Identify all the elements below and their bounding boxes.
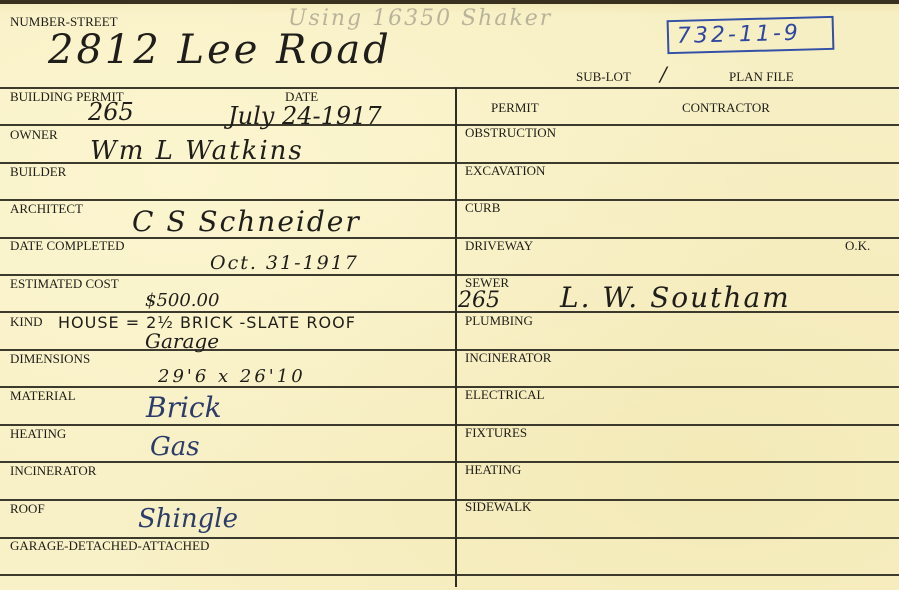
driveway-note: O.K.: [845, 239, 870, 253]
rule: [0, 386, 899, 388]
rule: [0, 124, 899, 126]
permit-column-header: PERMIT: [491, 101, 539, 115]
estimated-cost-value: $500.00: [145, 292, 219, 310]
excavation-label: EXCAVATION: [465, 164, 545, 178]
builder-label: BUILDER: [10, 165, 66, 179]
heating-value: Gas: [150, 434, 200, 460]
sewer-contractor-value: L. W. Southam: [560, 284, 791, 312]
rule: [0, 199, 899, 201]
dimensions-value: 29'6 x 26'10: [158, 368, 306, 386]
building-permit-card: NUMBER-STREET 2812 Lee Road Using 16350 …: [0, 0, 899, 590]
incinerator-label: INCINERATOR: [10, 464, 96, 478]
material-value: Brick: [146, 394, 222, 422]
incinerator-permit-label: INCINERATOR: [465, 351, 551, 365]
material-label: MATERIAL: [10, 389, 76, 403]
date-completed-value: Oct. 31-1917: [210, 254, 359, 273]
date-value: July 24-1917: [228, 104, 382, 128]
architect-label: ARCHITECT: [10, 202, 83, 216]
address-value: 2812 Lee Road: [48, 30, 392, 70]
owner-value: Wm L Watkins: [90, 138, 304, 164]
heating-permit-label: HEATING: [465, 463, 521, 477]
obstruction-label: OBSTRUCTION: [465, 126, 556, 140]
date-completed-label: DATE COMPLETED: [10, 239, 124, 253]
rule: [0, 574, 899, 576]
pencil-note: Using 16350 Shaker: [288, 8, 552, 30]
rule: [0, 274, 899, 276]
rule: [0, 499, 899, 501]
roof-label: ROOF: [10, 502, 45, 516]
curb-label: CURB: [465, 201, 500, 215]
file-number-stamp: 732-11-9: [667, 16, 835, 54]
card-top-edge: [0, 0, 899, 4]
building-permit-value: 265: [88, 100, 134, 124]
rule: [0, 461, 899, 463]
dimensions-label: DIMENSIONS: [10, 352, 90, 366]
owner-label: OWNER: [10, 128, 58, 142]
architect-value: C S Schneider: [132, 208, 361, 236]
kind-label: KIND: [10, 315, 43, 329]
column-divider: [455, 87, 457, 587]
sub-lot-value: /: [660, 64, 667, 84]
sewer-permit-value: 265: [458, 290, 500, 312]
estimated-cost-label: ESTIMATED COST: [10, 277, 119, 291]
stamp-number: 732-11-9: [677, 21, 801, 49]
plumbing-label: PLUMBING: [465, 314, 533, 328]
heating-label: HEATING: [10, 427, 66, 441]
plan-file-label: PLAN FILE: [729, 70, 794, 84]
roof-value: Shingle: [138, 506, 238, 532]
driveway-label: DRIVEWAY: [465, 239, 533, 253]
rule: [0, 87, 899, 89]
garage-label: GARAGE-DETACHED-ATTACHED: [10, 539, 209, 553]
kind-value-2: Garage: [145, 331, 219, 351]
fixtures-label: FIXTURES: [465, 426, 527, 440]
rule: [0, 349, 899, 351]
rule: [0, 424, 899, 426]
electrical-label: ELECTRICAL: [465, 388, 544, 402]
sidewalk-label: SIDEWALK: [465, 500, 531, 514]
contractor-column-header: CONTRACTOR: [682, 101, 770, 115]
sub-lot-label: SUB-LOT: [576, 70, 631, 84]
